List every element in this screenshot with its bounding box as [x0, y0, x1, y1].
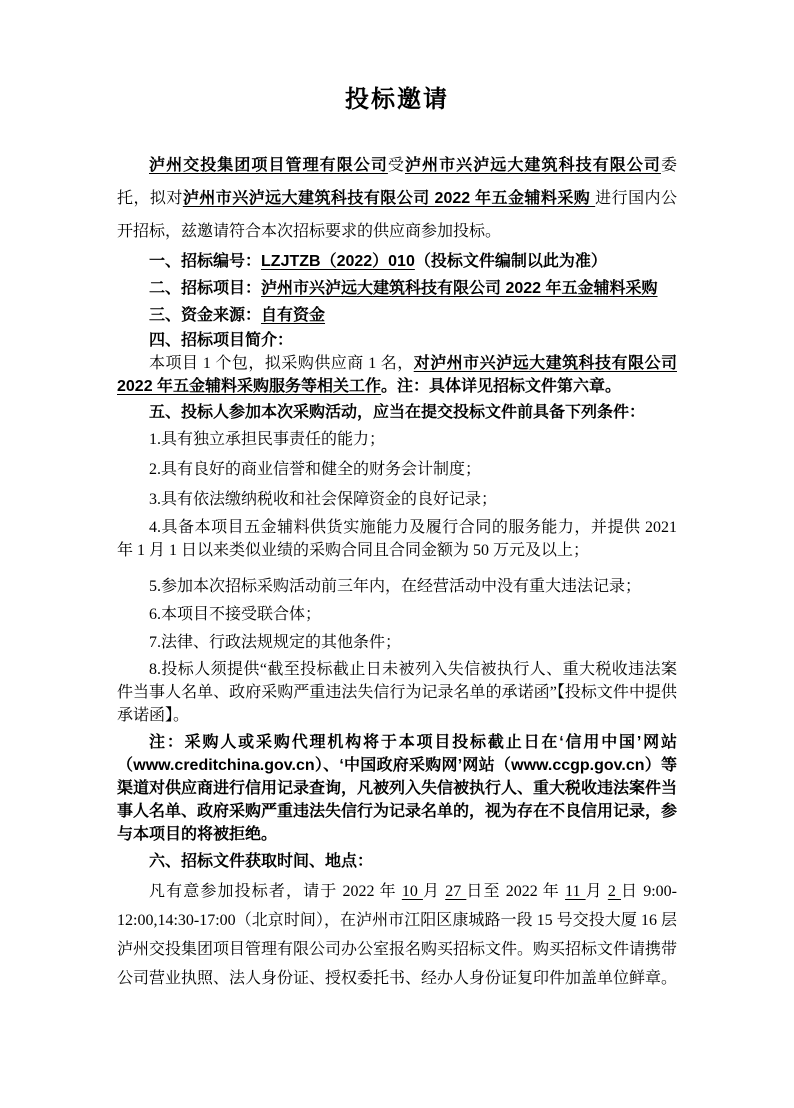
- document-title: 投标邀请: [117, 85, 677, 115]
- document-obtain-paragraph: 凡有意参加投标者，请于 2022 年 10 月 27 日至 2022 年 11 …: [117, 877, 677, 993]
- condition-item-8: 8.投标人须提供“截至投标截止日未被列入失信被执行人、重大税收违法案件当事人名单…: [117, 658, 677, 727]
- intro-connector-1: 受: [388, 157, 405, 174]
- section-4-heading: 四、招标项目简介：: [117, 329, 677, 352]
- summary-lead: 本项目 1 个包，拟采购供应商 1 名，: [149, 355, 414, 372]
- section-5-heading: 五、投标人参加本次采购活动，应当在提交投标文件前具备下列条件：: [117, 401, 677, 424]
- credit-check-note-text: 注：采购人或采购代理机构将于本项目投标截止日在‘信用中国’网站（www.cred…: [117, 734, 677, 843]
- project-summary-paragraph: 本项目 1 个包，拟采购供应商 1 名，对泸州市兴泸远大建筑科技有限公司 202…: [117, 352, 677, 398]
- condition-item-4: 4.具备本项目五金辅料供货实施能力及履行合同的服务能力，并提供 2021 年 1…: [117, 516, 677, 562]
- client-name: 泸州市兴泸远大建筑科技有限公司: [405, 157, 661, 174]
- obtain-mid: 日至 2022 年: [466, 883, 565, 900]
- tender-project-line: 二、招标项目：泸州市兴泸远大建筑科技有限公司 2022 年五金辅料采购: [117, 275, 677, 302]
- credit-check-note: 注：采购人或采购代理机构将于本项目投标截止日在‘信用中国’网站（www.cred…: [117, 731, 677, 846]
- section-5-heading-text: 五、投标人参加本次采购活动，应当在提交投标文件前具备下列条件：: [149, 404, 645, 421]
- start-day-value: 27: [445, 883, 466, 900]
- end-day-value: 2: [608, 883, 621, 900]
- tender-number-line: 一、招标编号：LZJTZB（2022）010（投标文件编制以此为准）: [117, 248, 677, 275]
- intro-paragraph: 泸州交投集团项目管理有限公司受泸州市兴泸远大建筑科技有限公司委托，拟对泸州市兴泸…: [117, 149, 677, 248]
- agent-name: 泸州交投集团项目管理有限公司: [149, 157, 388, 174]
- obtain-lead: 凡有意参加投标者，请于 2022 年: [149, 883, 402, 900]
- funding-source-value: 自有资金: [261, 307, 325, 324]
- section-6-heading: 六、招标文件获取时间、地点：: [117, 850, 677, 873]
- project-name: 泸州市兴泸远大建筑科技有限公司 2022 年五金辅料采购: [183, 190, 595, 207]
- funding-source-label: 三、资金来源：: [149, 307, 261, 324]
- month-separator-2: 月: [586, 883, 608, 900]
- end-month-value: 11: [565, 883, 586, 900]
- condition-item-7: 7.法律、行政法规规定的其他条件；: [117, 631, 677, 654]
- month-separator-1: 月: [423, 883, 445, 900]
- document-content: 投标邀请 泸州交投集团项目管理有限公司受泸州市兴泸远大建筑科技有限公司委托，拟对…: [117, 85, 677, 993]
- document-page: 投标邀请 泸州交投集团项目管理有限公司受泸州市兴泸远大建筑科技有限公司委托，拟对…: [0, 0, 794, 1108]
- condition-item-5: 5.参加本次招标采购活动前三年内，在经营活动中没有重大违法记录；: [117, 575, 677, 598]
- section-6-heading-text: 六、招标文件获取时间、地点：: [149, 853, 373, 870]
- funding-source-line: 三、资金来源：自有资金: [117, 302, 677, 329]
- summary-note: 。注：具体详见招标文件第六章。: [381, 378, 621, 395]
- tender-project-value: 泸州市兴泸远大建筑科技有限公司 2022 年五金辅料采购: [261, 280, 658, 297]
- condition-item-1: 1.具有独立承担民事责任的能力；: [117, 428, 677, 451]
- tender-project-label: 二、招标项目：: [149, 280, 261, 297]
- tender-number-note: （投标文件编制以此为准）: [415, 253, 607, 270]
- condition-item-3: 3.具有依法缴纳税收和社会保障资金的良好记录；: [117, 488, 677, 511]
- start-month-value: 10: [402, 883, 423, 900]
- tender-number-value: LZJTZB（2022）010: [261, 253, 415, 270]
- condition-item-2: 2.具有良好的商业信誉和健全的财务会计制度；: [117, 458, 677, 481]
- condition-item-6: 6.本项目不接受联合体；: [117, 603, 677, 626]
- section-4-heading-text: 四、招标项目简介：: [149, 332, 293, 349]
- tender-number-label: 一、招标编号：: [149, 253, 261, 270]
